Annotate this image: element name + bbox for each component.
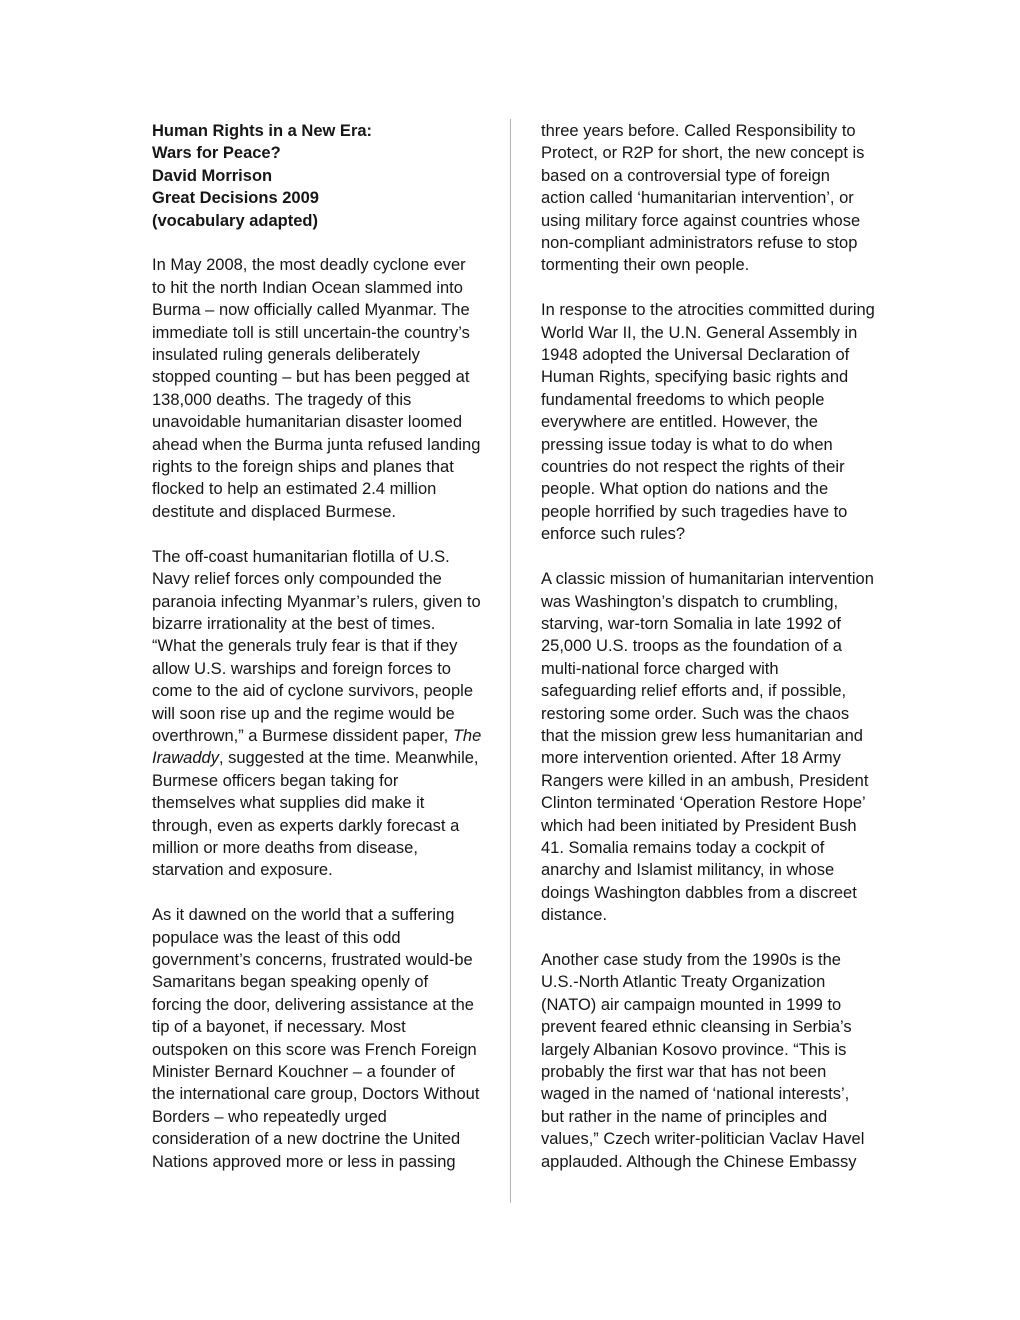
document-heading: Human Rights in a New Era: Wars for Peac… (152, 120, 482, 232)
paragraph-flotilla-text-after: , suggested at the time. Meanwhile, Burm… (152, 749, 479, 879)
paragraph-flotilla: The off-coast humanitarian flotilla of U… (152, 546, 482, 882)
heading-line-note: (vocabulary adapted) (152, 210, 482, 232)
heading-line-title: Human Rights in a New Era: (152, 120, 482, 142)
paragraph-udhr: In response to the atrocities committed … (541, 299, 876, 545)
left-column: Human Rights in a New Era: Wars for Peac… (152, 120, 482, 1195)
heading-line-subtitle: Wars for Peace? (152, 142, 482, 164)
paragraph-flotilla-text-before: The off-coast humanitarian flotilla of U… (152, 548, 481, 745)
paragraph-nato: Another case study from the 1990s is the… (541, 949, 876, 1173)
right-column: three years before. Called Responsibilit… (541, 120, 876, 1195)
paragraph-cyclone: In May 2008, the most deadly cyclone eve… (152, 254, 482, 523)
column-divider (510, 119, 511, 1203)
paragraph-samaritans: As it dawned on the world that a sufferi… (152, 904, 482, 1173)
paragraph-somalia: A classic mission of humanitarian interv… (541, 568, 876, 927)
document-page: Human Rights in a New Era: Wars for Peac… (0, 0, 1020, 1320)
heading-line-source: Great Decisions 2009 (152, 187, 482, 209)
paragraph-r2p: three years before. Called Responsibilit… (541, 120, 876, 277)
heading-line-author: David Morrison (152, 165, 482, 187)
